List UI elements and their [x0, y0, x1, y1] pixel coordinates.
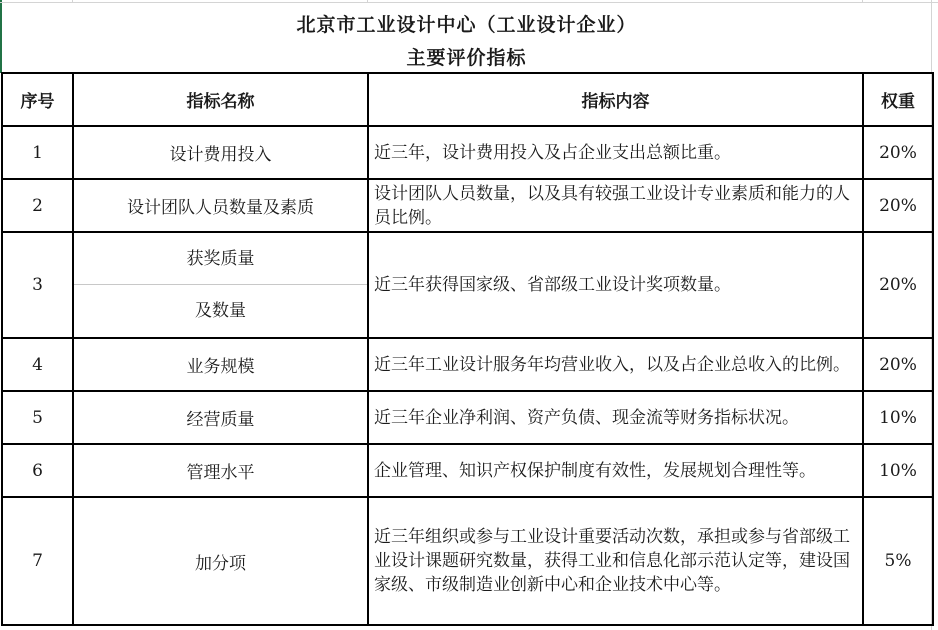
table-row: 3 获奖质量 及数量 近三年获得国家级、省部级工业设计奖项数量。 20% [2, 232, 933, 338]
cell-content[interactable]: 近三年获得国家级、省部级工业设计奖项数量。 [368, 232, 863, 338]
cell-seq[interactable]: 4 [2, 338, 73, 391]
cell-name[interactable]: 经营质量 [73, 391, 368, 444]
cell-seq[interactable]: 7 [2, 497, 73, 625]
cell-content[interactable]: 近三年企业净利润、资产负债、现金流等财务指标状况。 [368, 391, 863, 444]
cell-name[interactable]: 设计费用投入 [73, 126, 368, 179]
document-subtitle: 主要评价指标 [2, 43, 931, 70]
cell-seq[interactable]: 3 [2, 232, 73, 338]
cell-name[interactable]: 业务规模 [73, 338, 368, 391]
cell-name-part1[interactable]: 获奖质量 [74, 234, 367, 285]
cell-weight[interactable]: 10% [863, 444, 933, 497]
cell-seq[interactable]: 6 [2, 444, 73, 497]
cell-seq[interactable]: 5 [2, 391, 73, 444]
title-block[interactable]: 北京市工业设计中心（工业设计企业） 主要评价指标 [2, 3, 931, 73]
document-title: 北京市工业设计中心（工业设计企业） [2, 10, 931, 37]
cell-name[interactable]: 设计团队人员数量及素质 [73, 179, 368, 232]
evaluation-table: 序号 指标名称 指标内容 权重 1 设计费用投入 近三年，设计费用投入及占企业支… [1, 72, 934, 626]
cell-weight[interactable]: 20% [863, 179, 933, 232]
cell-weight[interactable]: 20% [863, 126, 933, 179]
table-row: 4 业务规模 近三年工业设计服务年均营业收入，以及占企业总收入的比例。 20% [2, 338, 933, 391]
header-seq[interactable]: 序号 [2, 73, 73, 126]
cell-name-split: 获奖质量 及数量 [73, 232, 368, 338]
cell-content[interactable]: 近三年工业设计服务年均营业收入，以及占企业总收入的比例。 [368, 338, 863, 391]
cell-content[interactable]: 企业管理、知识产权保护制度有效性，发展规划合理性等。 [368, 444, 863, 497]
header-weight[interactable]: 权重 [863, 73, 933, 126]
cell-content[interactable]: 近三年组织或参与工业设计重要活动次数，承担或参与省部级工业设计课题研究数量，获得… [368, 497, 863, 625]
cell-weight[interactable]: 20% [863, 232, 933, 338]
header-name[interactable]: 指标名称 [73, 73, 368, 126]
cell-name[interactable]: 加分项 [73, 497, 368, 625]
cell-seq[interactable]: 2 [2, 179, 73, 232]
cell-weight[interactable]: 5% [863, 497, 933, 625]
cell-name[interactable]: 管理水平 [73, 444, 368, 497]
header-row: 序号 指标名称 指标内容 权重 [2, 73, 933, 126]
table-row: 6 管理水平 企业管理、知识产权保护制度有效性，发展规划合理性等。 10% [2, 444, 933, 497]
table-row: 5 经营质量 近三年企业净利润、资产负债、现金流等财务指标状况。 10% [2, 391, 933, 444]
table-row: 2 设计团队人员数量及素质 设计团队人员数量，以及具有较强工业设计专业素质和能力… [2, 179, 933, 232]
cell-name-part2[interactable]: 及数量 [74, 285, 367, 337]
table-row: 7 加分项 近三年组织或参与工业设计重要活动次数，承担或参与省部级工业设计课题研… [2, 497, 933, 625]
cell-weight[interactable]: 20% [863, 338, 933, 391]
table-row: 1 设计费用投入 近三年，设计费用投入及占企业支出总额比重。 20% [2, 126, 933, 179]
cell-weight[interactable]: 10% [863, 391, 933, 444]
cell-content[interactable]: 设计团队人员数量，以及具有较强工业设计专业素质和能力的人员比例。 [368, 179, 863, 232]
cell-content[interactable]: 近三年，设计费用投入及占企业支出总额比重。 [368, 126, 863, 179]
cell-seq[interactable]: 1 [2, 126, 73, 179]
header-content[interactable]: 指标内容 [368, 73, 863, 126]
